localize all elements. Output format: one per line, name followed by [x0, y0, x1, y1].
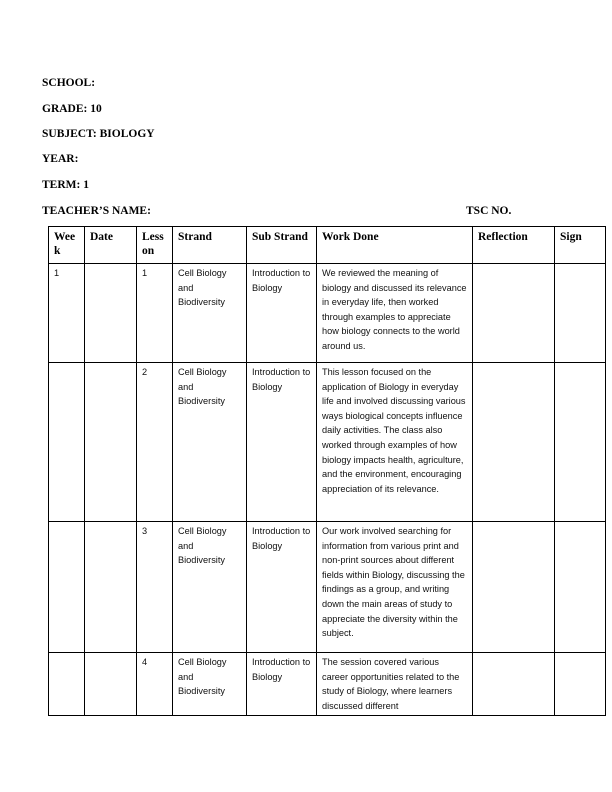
- date-cell: [85, 363, 137, 522]
- tsc-number-label: TSC NO.: [466, 204, 511, 218]
- reflection-cell: [473, 363, 555, 522]
- grade-label: GRADE: 10: [42, 102, 102, 116]
- reflection-cell: [473, 522, 555, 653]
- lesson-cell: 3: [137, 522, 173, 653]
- strand-cell: Cell Biology and Biodiversity: [173, 522, 247, 653]
- sign-cell: [555, 653, 606, 716]
- lesson-cell: 4: [137, 653, 173, 716]
- column-header-week: Wee k: [49, 227, 85, 264]
- sign-cell: [555, 264, 606, 363]
- sub-strand-cell: Introduction to Biology: [247, 653, 317, 716]
- date-cell: [85, 522, 137, 653]
- sign-cell: [555, 363, 606, 522]
- subject-label: SUBJECT: BIOLOGY: [42, 127, 155, 141]
- strand-cell: Cell Biology and Biodiversity: [173, 264, 247, 363]
- column-header-lesson: Less on: [137, 227, 173, 264]
- column-header-work-done: Work Done: [317, 227, 473, 264]
- column-header-date: Date: [85, 227, 137, 264]
- table-row: 2 Cell Biology and Biodiversity Introduc…: [49, 363, 606, 522]
- work-done-cell: The session covered various career oppor…: [317, 653, 473, 716]
- column-header-reflection: Reflection: [473, 227, 555, 264]
- week-cell: [49, 522, 85, 653]
- sub-strand-cell: Introduction to Biology: [247, 522, 317, 653]
- column-header-sign: Sign: [555, 227, 606, 264]
- table-row: 4 Cell Biology and Biodiversity Introduc…: [49, 653, 606, 716]
- reflection-cell: [473, 653, 555, 716]
- sub-strand-cell: Introduction to Biology: [247, 264, 317, 363]
- table-row: 1 1 Cell Biology and Biodiversity Introd…: [49, 264, 606, 363]
- strand-cell: Cell Biology and Biodiversity: [173, 653, 247, 716]
- column-header-sub-strand: Sub Strand: [247, 227, 317, 264]
- lesson-cell: 2: [137, 363, 173, 522]
- lesson-cell: 1: [137, 264, 173, 363]
- school-label: SCHOOL:: [42, 76, 95, 90]
- column-header-strand: Strand: [173, 227, 247, 264]
- strand-cell: Cell Biology and Biodiversity: [173, 363, 247, 522]
- work-done-cell: We reviewed the meaning of biology and d…: [317, 264, 473, 363]
- work-done-cell: Our work involved searching for informat…: [317, 522, 473, 653]
- record-of-work-table: Wee k Date Less on Strand Sub Strand Wor…: [48, 226, 606, 716]
- sub-strand-cell: Introduction to Biology: [247, 363, 317, 522]
- reflection-cell: [473, 264, 555, 363]
- year-label: YEAR:: [42, 152, 78, 166]
- work-done-cell: This lesson focused on the application o…: [317, 363, 473, 522]
- date-cell: [85, 653, 137, 716]
- week-cell: 1: [49, 264, 85, 363]
- teacher-name-label: TEACHER’S NAME:: [42, 204, 151, 218]
- table-header-row: Wee k Date Less on Strand Sub Strand Wor…: [49, 227, 606, 264]
- sign-cell: [555, 522, 606, 653]
- week-cell: [49, 363, 85, 522]
- term-label: TERM: 1: [42, 178, 89, 192]
- date-cell: [85, 264, 137, 363]
- table-row: 3 Cell Biology and Biodiversity Introduc…: [49, 522, 606, 653]
- week-cell: [49, 653, 85, 716]
